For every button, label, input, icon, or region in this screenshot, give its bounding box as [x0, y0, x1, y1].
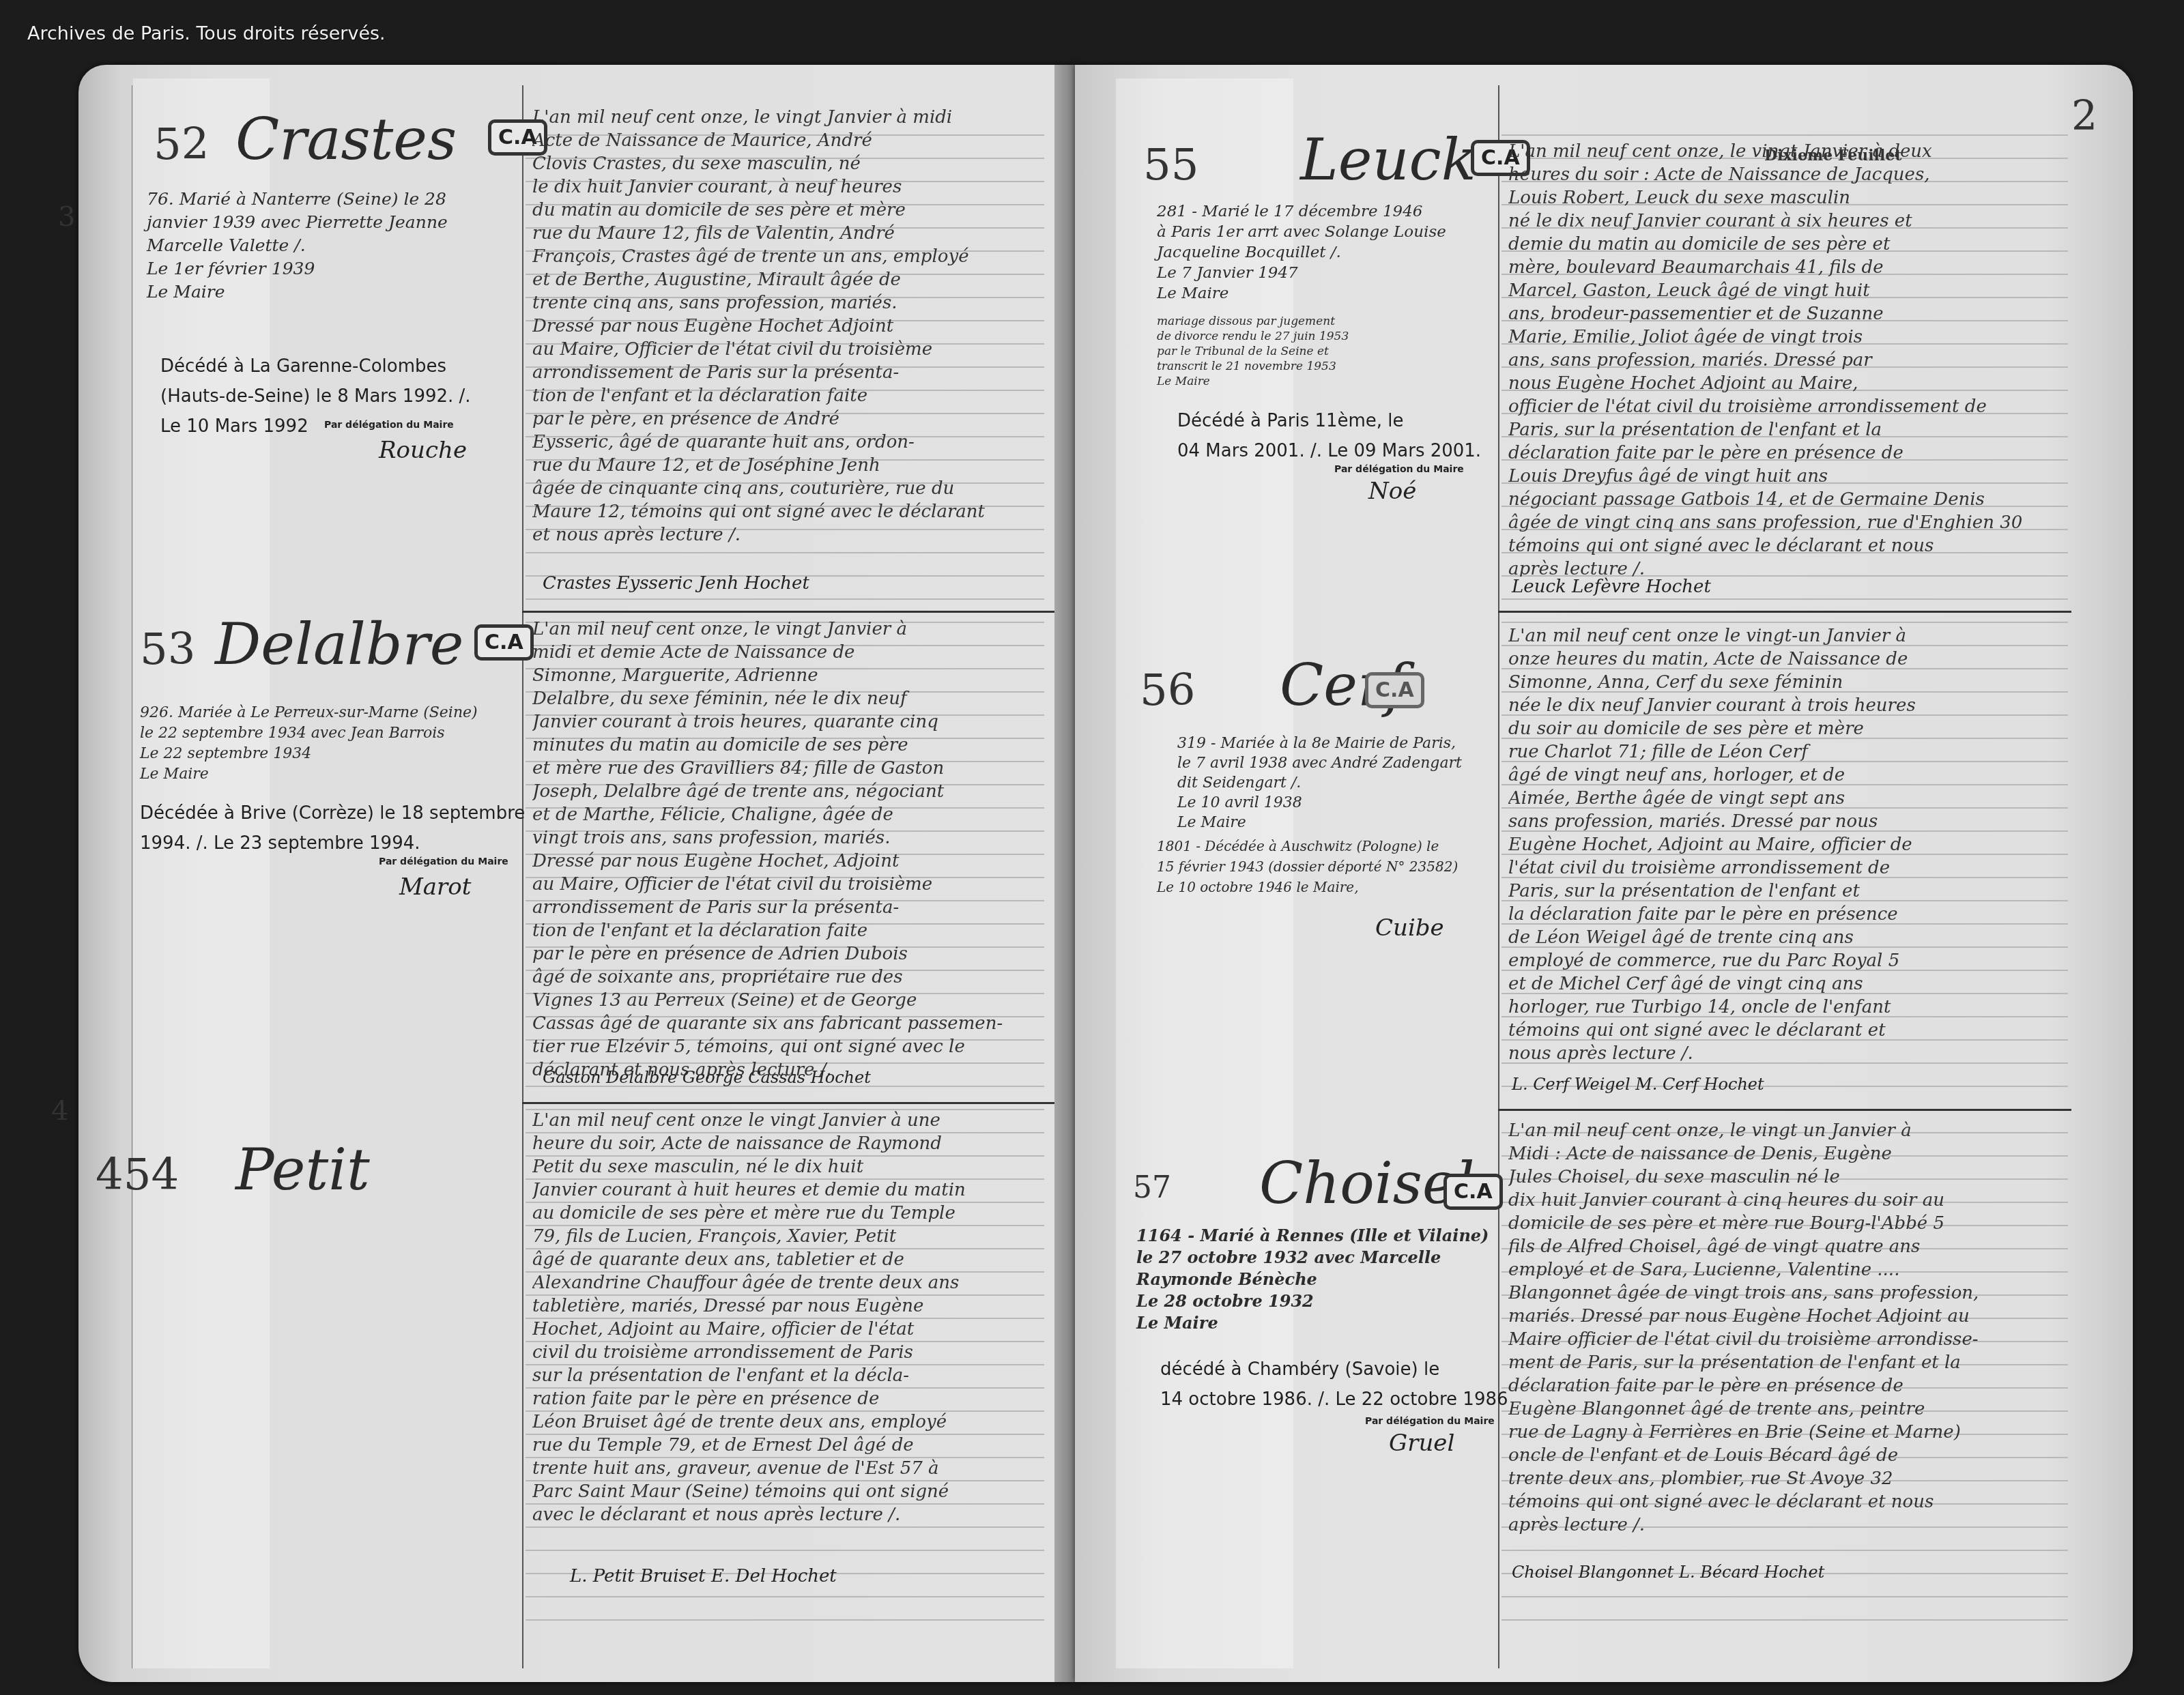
entry-number: 57 — [1133, 1170, 1171, 1205]
entry-number: 52 — [154, 119, 209, 170]
act-signatures: L. Cerf Weigel M. Cerf Hochet — [1512, 1075, 1764, 1094]
act-text: L'an mil neuf cent onze, le vingt un Jan… — [1508, 1119, 2068, 1556]
death-note: Décédé à Paris 11ème, le 04 Mars 2001. /… — [1177, 406, 1560, 466]
signature: Noé — [1368, 478, 1416, 505]
signature: Marot — [399, 873, 471, 901]
delegation-stamp: Par délégation du Maire — [1365, 1416, 1495, 1427]
ca-stamp: C.A — [1365, 672, 1424, 708]
death-note: décédé à Chambéry (Savoie) le 14 octobre… — [1160, 1354, 1542, 1415]
margin-rule — [132, 85, 132, 1668]
marriage-note: 926. Mariée à Le Perreux-sur-Marne (Sein… — [140, 703, 522, 785]
act-signatures: L. Petit Bruiset E. Del Hochet — [570, 1566, 837, 1587]
register-book: 3 4 52 Crastes C.A 76. Marié à Nanterre … — [78, 65, 2133, 1689]
act-text: L'an mil neuf cent onze le vingt-un Janv… — [1508, 624, 2068, 1075]
entry-number: 53 — [140, 624, 195, 675]
right-page: Dixieme Feuillet 2 55 Leuck C.A 281 - Ma… — [1075, 65, 2133, 1682]
act-signatures: Gaston Delalbre George Cassas Hochet — [543, 1068, 871, 1087]
entry-separator — [1498, 1109, 2071, 1111]
act-signatures: Leuck Lefèvre Hochet — [1512, 577, 1711, 597]
act-signatures: Choisel Blangonnet L. Bécard Hochet — [1512, 1563, 1824, 1582]
entry-number: 56 — [1140, 665, 1195, 716]
act-text: L'an mil neuf cent onze, le vingt Janvie… — [532, 618, 1051, 1082]
page-corner-number: 2 — [2071, 92, 2097, 140]
delegation-stamp: Par délégation du Maire — [1334, 464, 1464, 475]
act-text: L'an mil neuf cent onze le vingt Janvier… — [532, 1109, 1051, 1573]
act-signatures: Crastes Eysseric Jenh Hochet — [543, 573, 809, 594]
marriage-note: 319 - Mariée à la 8e Mairie de Paris, le… — [1177, 734, 1498, 832]
act-text: L'an mil neuf cent onze, le vingt Janvie… — [1508, 140, 2068, 577]
divorce-note: mariage dissous par jugement de divorce … — [1157, 314, 1443, 389]
marriage-note: 281 - Marié le 17 décembre 1946 à Paris … — [1157, 201, 1512, 304]
archive-watermark: Archives de Paris. Tous droits réservés. — [27, 23, 386, 44]
entry-separator — [522, 611, 1054, 613]
marriage-note: 76. Marié à Nanterre (Seine) le 28 janvi… — [147, 188, 529, 304]
act-text: L'an mil neuf cent onze, le vingt Janvie… — [532, 106, 1051, 570]
entry-surname: Delalbre — [215, 611, 464, 678]
margin-number: 4 — [51, 1095, 68, 1127]
marriage-note: 1164 - Marié à Rennes (Ille et Vilaine) … — [1136, 1225, 1498, 1334]
ca-stamp: C.A — [1443, 1174, 1503, 1210]
delegation-stamp: Par délégation du Maire — [379, 856, 508, 867]
entry-surname: Choisel — [1259, 1150, 1475, 1217]
repair-tape — [133, 78, 270, 1668]
ca-stamp: C.A — [474, 624, 534, 661]
death-note: 1801 - Décédée à Auschwitz (Pologne) le … — [1157, 836, 1498, 897]
entry-number: 454 — [96, 1150, 179, 1200]
entry-surname: Crastes — [235, 106, 457, 173]
entry-surname: Leuck — [1300, 126, 1476, 193]
column-rule — [1498, 85, 1499, 1668]
margin-number: 3 — [58, 201, 75, 233]
left-page: 3 4 52 Crastes C.A 76. Marié à Nanterre … — [78, 65, 1075, 1682]
signature: Gruel — [1389, 1430, 1454, 1457]
entry-separator — [522, 1102, 1054, 1104]
entry-separator — [1498, 611, 2071, 613]
entry-number: 55 — [1143, 140, 1198, 190]
column-rule — [522, 85, 523, 1668]
death-note: Décédée à Brive (Corrèze) le 18 septembr… — [140, 798, 549, 858]
signature: Rouche — [379, 437, 467, 464]
delegation-stamp: Par délégation du Maire — [324, 420, 454, 431]
signature: Cuibe — [1375, 914, 1444, 942]
entry-surname: Petit — [235, 1136, 370, 1203]
